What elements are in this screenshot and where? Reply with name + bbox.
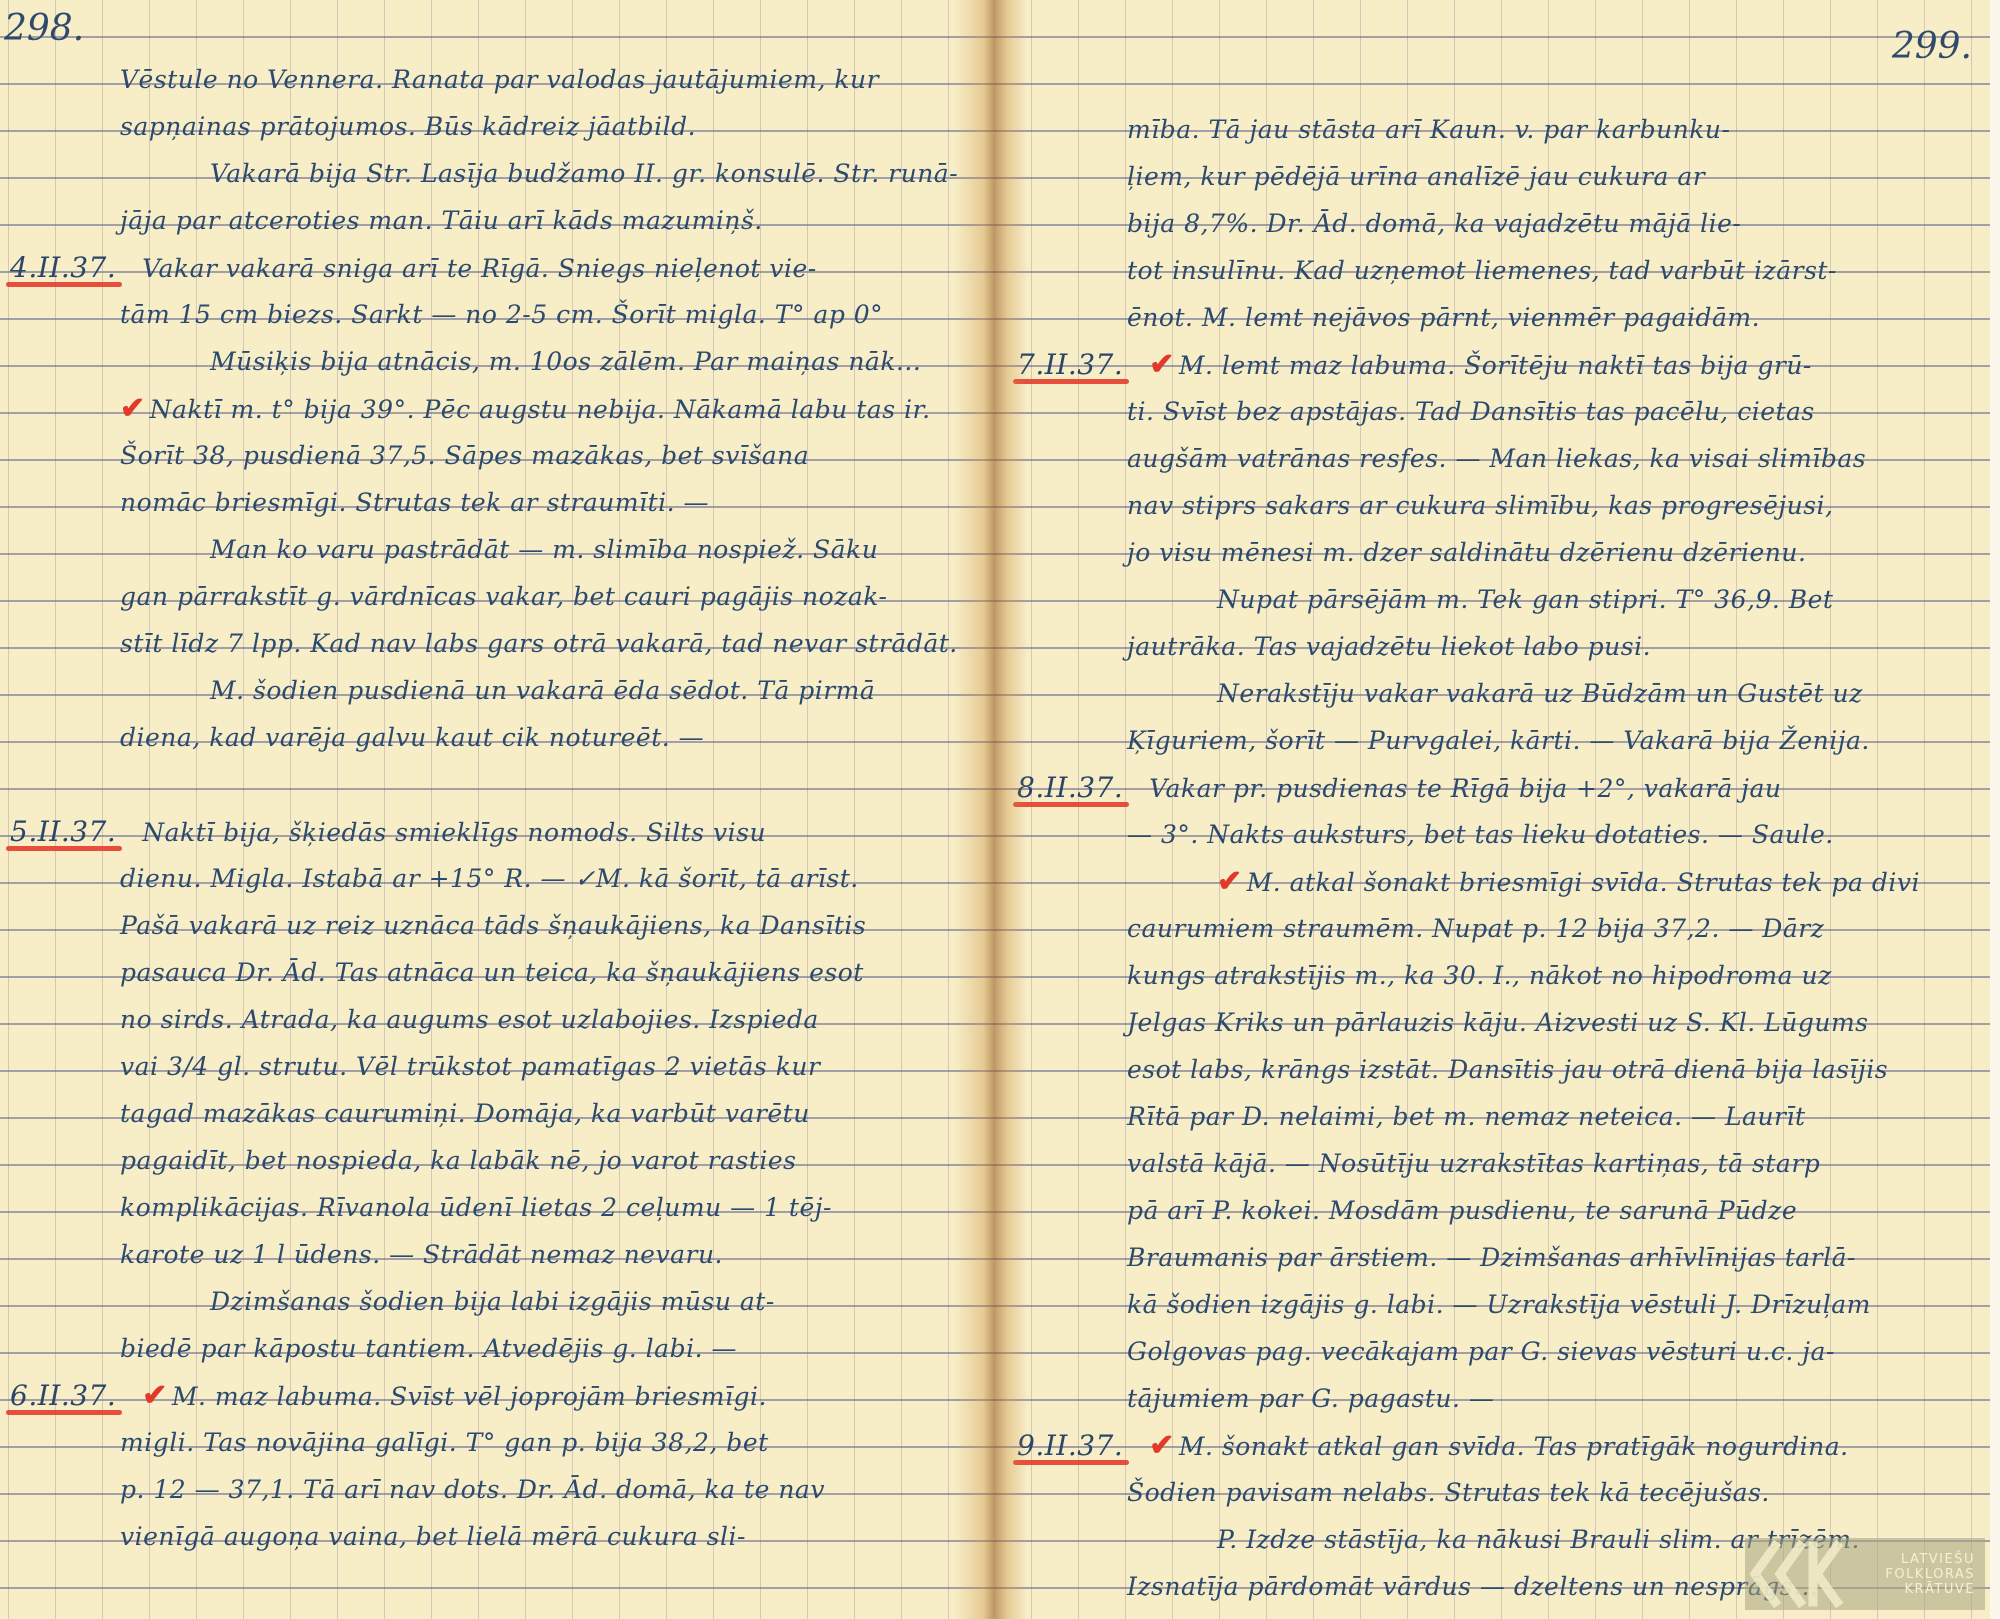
handwritten-line: vienīgā augoņa vaina, bet lielā mērā cuk…	[0, 1513, 995, 1560]
handwritten-line: komplikācijas. Rīvanola ūdenī lietas 2 c…	[0, 1184, 995, 1231]
line-text: no sirds. Atrada, ka augums esot uzlaboj…	[120, 1005, 819, 1034]
handwritten-line: Rītā par D. nelaimi, bet m. nemaz neteic…	[995, 1093, 1990, 1140]
line-text: Rītā par D. nelaimi, bet m. nemaz neteic…	[1127, 1102, 1806, 1131]
line-text: jo visu mēnesi m. dzer saldinātu dzērien…	[1127, 538, 1806, 567]
handwritten-line: 4.II.37.Vakar vakarā sniga arī te Rīgā. …	[0, 244, 995, 291]
line-text: ti. Svīst bez apstājas. Tad Dansītis tas…	[1127, 397, 1815, 426]
handwritten-line: ēnot. M. lemt nejāvos pārnt, vienmēr pag…	[995, 294, 1990, 341]
line-text: migli. Tas novājina galīgi. T° gan p. bi…	[120, 1428, 769, 1457]
handwritten-line: biedē par kāpostu tantiem. Atvedējis g. …	[0, 1325, 995, 1372]
line-text: mība. Tā jau stāsta arī Kaun. v. par kar…	[1127, 115, 1730, 144]
entry-date: 9.II.37.	[1017, 1422, 1123, 1469]
handwritten-line: jautrāka. Tas vajadzētu liekot labo pusi…	[995, 623, 1990, 670]
handwritten-line: Jelgas Kriks un pārlauzis kāju. Aizvesti…	[995, 999, 1990, 1046]
handwritten-line: Vēstule no Vennera. Ranata par valodas j…	[0, 56, 995, 103]
handwritten-line: pā arī P. kokei. Mosdām pusdienu, te sar…	[995, 1187, 1990, 1234]
line-text: tot insulīnu. Kad uzņemot liemenes, tad …	[1127, 256, 1837, 285]
handwritten-line: Golgovas pag. vecākajam par G. sievas vē…	[995, 1328, 1990, 1375]
handwritten-line: Nerakstīju vakar vakarā uz Būdzām un Gus…	[995, 670, 1990, 717]
handwritten-line: nav stiprs sakars ar cukura slimību, kas…	[995, 482, 1990, 529]
watermark-text: LATVIEŠU FOLKLORAS KRĀTUVE	[1845, 1552, 1985, 1597]
line-text: ļiem, kur pēdējā urīna analīzē jau cukur…	[1127, 162, 1705, 191]
handwritten-line: 9.II.37.✔M. šonakt atkal gan svīda. Tas …	[995, 1422, 1990, 1469]
line-text: M. šodien pusdienā un vakarā ēda sēdot. …	[210, 676, 875, 705]
lfk-logo-icon	[1745, 1538, 1845, 1610]
line-text: gan pārrakstīt g. vārdnīcas vakar, bet c…	[120, 582, 887, 611]
handwritten-line: dienu. Migla. Istabā ar +15° R. — ✓M. kā…	[0, 855, 995, 902]
line-text: pā arī P. kokei. Mosdām pusdienu, te sar…	[1127, 1196, 1797, 1225]
line-text: Šorīt 38, pusdienā 37,5. Sāpes mazākas, …	[120, 441, 809, 470]
line-text: M. atkal šonakt briesmīgi svīda. Strutas…	[1247, 868, 1920, 897]
handwritten-line: p. 12 — 37,1. Tā arī nav dots. Dr. Ād. d…	[0, 1466, 995, 1513]
line-text: Vakarā bija Str. Lasīja budžamo II. gr. …	[210, 159, 958, 188]
line-text: jāja par atceroties man. Tāiu arī kāds m…	[120, 206, 763, 235]
line-text: tagad mazākas caurumiņi. Domāja, ka varb…	[120, 1099, 810, 1128]
page-number: 299.	[1892, 26, 1972, 67]
line-text: p. 12 — 37,1. Tā arī nav dots. Dr. Ād. d…	[120, 1475, 825, 1504]
page-number: 298.	[4, 8, 84, 49]
line-text: Mūsiķis bija atnācis, m. 10os zālēm. Par…	[210, 347, 921, 376]
handwritten-line: nomāc briesmīgi. Strutas tek ar straumīt…	[0, 479, 995, 526]
line-text: — 3°. Nakts auksturs, bet tas lieku dota…	[1127, 820, 1834, 849]
line-text: Nerakstīju vakar vakarā uz Būdzām un Gus…	[1217, 679, 1863, 708]
entry-date: 4.II.37.	[10, 244, 116, 291]
page-edge	[1990, 0, 2000, 1619]
line-text: tājumiem par G. pagastu. —	[1127, 1384, 1494, 1413]
handwritten-line: stīt līdz 7 lpp. Kad nav labs gars otrā …	[0, 620, 995, 667]
handwritten-line: 5.II.37.Naktī bija, šķiedās smieklīgs no…	[0, 808, 995, 855]
line-text: karote uz 1 l ūdens. — Strādāt nemaz nev…	[120, 1240, 723, 1269]
handwritten-line: pasauca Dr. Ād. Tas atnāca un teica, ka …	[0, 949, 995, 996]
handwritten-line: ✔M. atkal šonakt briesmīgi svīda. Struta…	[995, 858, 1990, 905]
handwritten-line: ✔Naktī m. t° bija 39°. Pēc augstu nebija…	[0, 385, 995, 432]
handwritten-line: migli. Tas novājina galīgi. T° gan p. bi…	[0, 1419, 995, 1466]
handwritten-line: diena, kad varēja galvu kaut cik notureē…	[0, 714, 995, 761]
line-text: Naktī m. t° bija 39°. Pēc augstu nebija.…	[150, 395, 931, 424]
entry-date: 6.II.37.	[10, 1372, 116, 1419]
handwritten-line: Šorīt 38, pusdienā 37,5. Sāpes mazākas, …	[0, 432, 995, 479]
line-text: Braumanis par ārstiem. — Dzimšanas arhīv…	[1127, 1243, 1856, 1272]
handwritten-line: Man ko varu pastrādāt — m. slimība nospi…	[0, 526, 995, 573]
line-text: kungs atrakstījis m., ka 30. I., nākot n…	[1127, 961, 1832, 990]
notebook-spread: 298. Vēstule no Vennera. Ranata par valo…	[0, 0, 2000, 1619]
line-text: Šodien pavisam nelabs. Strutas tek kā te…	[1127, 1478, 1770, 1507]
line-text: vai 3/4 gl. strutu. Vēl trūkstot pamatīg…	[120, 1052, 820, 1081]
handwritten-line: Mūsiķis bija atnācis, m. 10os zālēm. Par…	[0, 338, 995, 385]
line-text: Ķīguriem, šorīt — Purvgalei, kārti. — Va…	[1127, 726, 1870, 755]
line-text: M. lemt maz labuma. Šorītēju naktī tas b…	[1179, 351, 1812, 380]
line-text: pagaidīt, bet nospieda, ka labāk nē, jo …	[120, 1146, 796, 1175]
line-text: esot labs, krāngs izstāt. Dansītis jau o…	[1127, 1055, 1888, 1084]
line-text: Vakar vakarā sniga arī te Rīgā. Sniegs n…	[142, 254, 816, 283]
handwritten-line: — 3°. Nakts auksturs, bet tas lieku dota…	[995, 811, 1990, 858]
entry-date: 8.II.37.	[1017, 764, 1123, 811]
line-text: diena, kad varēja galvu kaut cik notureē…	[120, 723, 704, 752]
line-text: jautrāka. Tas vajadzētu liekot labo pusi…	[1127, 632, 1651, 661]
handwritten-line: caurumiem straumēm. Nupat p. 12 bija 37,…	[995, 905, 1990, 952]
line-text: augšām vatrānas resfes. — Man liekas, ka…	[1127, 444, 1866, 473]
line-text: pasauca Dr. Ād. Tas atnāca un teica, ka …	[120, 958, 864, 987]
entry-date: 7.II.37.	[1017, 341, 1123, 388]
handwritten-line: kungs atrakstījis m., ka 30. I., nākot n…	[995, 952, 1990, 999]
line-text: kā šodien izgājis g. labi. — Uzrakstīja …	[1127, 1290, 1871, 1319]
handwritten-line: mība. Tā jau stāsta arī Kaun. v. par kar…	[995, 106, 1990, 153]
line-text: nav stiprs sakars ar cukura slimību, kas…	[1127, 491, 1834, 520]
line-text: Nupat pārsējām m. Tek gan stipri. T° 36,…	[1217, 585, 1833, 614]
handwritten-line: sapņainas prātojumos. Būs kādreiz jāatbi…	[0, 103, 995, 150]
handwritten-line: Ķīguriem, šorīt — Purvgalei, kārti. — Va…	[995, 717, 1990, 764]
line-text: bija 8,7%. Dr. Ād. domā, ka vajadzētu mā…	[1127, 209, 1741, 238]
handwritten-line: Pašā vakarā uz reiz uznāca tāds šņaukāji…	[0, 902, 995, 949]
handwritten-line: vai 3/4 gl. strutu. Vēl trūkstot pamatīg…	[0, 1043, 995, 1090]
line-text: ēnot. M. lemt nejāvos pārnt, vienmēr pag…	[1127, 303, 1760, 332]
red-checkmark-icon: ✔	[1149, 1428, 1175, 1463]
line-text: komplikācijas. Rīvanola ūdenī lietas 2 c…	[120, 1193, 832, 1222]
handwritten-line: kā šodien izgājis g. labi. — Uzrakstīja …	[995, 1281, 1990, 1328]
handwritten-line: karote uz 1 l ūdens. — Strādāt nemaz nev…	[0, 1231, 995, 1278]
line-text: stīt līdz 7 lpp. Kad nav labs gars otrā …	[120, 629, 958, 658]
line-text: valstā kājā. — Nosūtīju uzrakstītas kart…	[1127, 1149, 1820, 1178]
right-page: 299. mība. Tā jau stāsta arī Kaun. v. pa…	[995, 0, 1990, 1619]
handwritten-line: valstā kājā. — Nosūtīju uzrakstītas kart…	[995, 1140, 1990, 1187]
line-text: Golgovas pag. vecākajam par G. sievas vē…	[1127, 1337, 1835, 1366]
line-text: Man ko varu pastrādāt — m. slimība nospi…	[210, 535, 878, 564]
archive-watermark-logo: LATVIEŠU FOLKLORAS KRĀTUVE	[1745, 1538, 1985, 1610]
line-text: dienu. Migla. Istabā ar +15° R. — ✓M. kā…	[120, 864, 859, 893]
handwritten-line: jāja par atceroties man. Tāiu arī kāds m…	[0, 197, 995, 244]
watermark-line: FOLKLORAS	[1845, 1567, 1975, 1582]
line-text: Izsnatīja pārdomāt vārdus — dzeltens un …	[1127, 1572, 1818, 1601]
line-text: M. maz labuma. Svīst vēl joprojām briesm…	[172, 1382, 767, 1411]
handwritten-line: jo visu mēnesi m. dzer saldinātu dzērien…	[995, 529, 1990, 576]
handwritten-line: 6.II.37.✔M. maz labuma. Svīst vēl joproj…	[0, 1372, 995, 1419]
handwritten-line: M. šodien pusdienā un vakarā ēda sēdot. …	[0, 667, 995, 714]
handwritten-line: ti. Svīst bez apstājas. Tad Dansītis tas…	[995, 388, 1990, 435]
red-checkmark-icon: ✔	[1149, 347, 1175, 382]
line-text: Vakar pr. pusdienas te Rīgā bija +2°, va…	[1149, 774, 1781, 803]
entry-date: 5.II.37.	[10, 808, 116, 855]
handwritten-line: tājumiem par G. pagastu. —	[995, 1375, 1990, 1422]
handwritten-line: Šodien pavisam nelabs. Strutas tek kā te…	[995, 1469, 1990, 1516]
line-text: tām 15 cm biezs. Sarkt — no 2-5 cm. Šorī…	[120, 300, 883, 329]
line-text: Pašā vakarā uz reiz uznāca tāds šņaukāji…	[120, 911, 866, 940]
handwritten-line: Vakarā bija Str. Lasīja budžamo II. gr. …	[0, 150, 995, 197]
handwritten-line: tot insulīnu. Kad uzņemot liemenes, tad …	[995, 247, 1990, 294]
line-text: M. šonakt atkal gan svīda. Tas pratīgāk …	[1179, 1432, 1849, 1461]
line-text: Dzimšanas šodien bija labi izgājis mūsu …	[210, 1287, 775, 1316]
watermark-line: LATVIEŠU	[1845, 1552, 1975, 1567]
left-page: 298. Vēstule no Vennera. Ranata par valo…	[0, 0, 995, 1619]
handwritten-line: tām 15 cm biezs. Sarkt — no 2-5 cm. Šorī…	[0, 291, 995, 338]
handwritten-line: bija 8,7%. Dr. Ād. domā, ka vajadzētu mā…	[995, 200, 1990, 247]
handwritten-line: ļiem, kur pēdējā urīna analīzē jau cukur…	[995, 153, 1990, 200]
line-text: nomāc briesmīgi. Strutas tek ar straumīt…	[120, 488, 709, 517]
line-text: Naktī bija, šķiedās smieklīgs nomods. Si…	[142, 818, 766, 847]
line-text: caurumiem straumēm. Nupat p. 12 bija 37,…	[1127, 914, 1824, 943]
line-text: sapņainas prātojumos. Būs kādreiz jāatbi…	[120, 112, 696, 141]
handwritten-line: Nupat pārsējām m. Tek gan stipri. T° 36,…	[995, 576, 1990, 623]
handwritten-line: gan pārrakstīt g. vārdnīcas vakar, bet c…	[0, 573, 995, 620]
handwritten-line: no sirds. Atrada, ka augums esot uzlaboj…	[0, 996, 995, 1043]
line-text: vienīgā augoņa vaina, bet lielā mērā cuk…	[120, 1522, 746, 1551]
line-text: Vēstule no Vennera. Ranata par valodas j…	[120, 65, 879, 94]
handwritten-line: tagad mazākas caurumiņi. Domāja, ka varb…	[0, 1090, 995, 1137]
watermark-line: KRĀTUVE	[1845, 1582, 1975, 1597]
handwritten-line	[0, 761, 995, 808]
handwritten-line: 8.II.37.Vakar pr. pusdienas te Rīgā bija…	[995, 764, 1990, 811]
handwritten-line: Dzimšanas šodien bija labi izgājis mūsu …	[0, 1278, 995, 1325]
handwritten-line: esot labs, krāngs izstāt. Dansītis jau o…	[995, 1046, 1990, 1093]
handwritten-line: 7.II.37.✔M. lemt maz labuma. Šorītēju na…	[995, 341, 1990, 388]
red-checkmark-icon: ✔	[142, 1378, 168, 1413]
line-text: biedē par kāpostu tantiem. Atvedējis g. …	[120, 1334, 737, 1363]
handwritten-line: augšām vatrānas resfes. — Man liekas, ka…	[995, 435, 1990, 482]
red-checkmark-icon: ✔	[120, 391, 146, 426]
handwritten-line: Braumanis par ārstiem. — Dzimšanas arhīv…	[995, 1234, 1990, 1281]
red-checkmark-icon: ✔	[1217, 864, 1243, 899]
handwritten-line: pagaidīt, bet nospieda, ka labāk nē, jo …	[0, 1137, 995, 1184]
line-text: Jelgas Kriks un pārlauzis kāju. Aizvesti…	[1127, 1008, 1869, 1037]
